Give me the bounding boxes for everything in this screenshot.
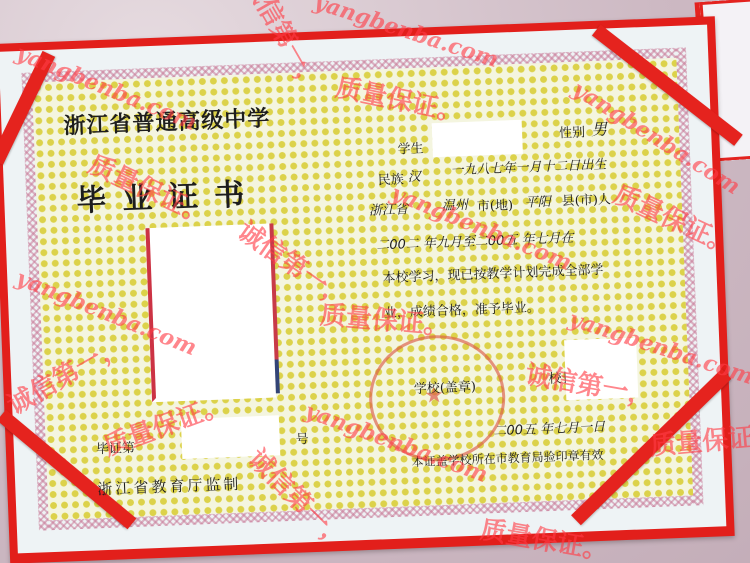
student-label: 学生 [397, 138, 424, 158]
cert-number-suffix: 号 [295, 428, 309, 447]
county-label: 县(市)人 [561, 188, 611, 209]
seal-label: 学校(盖章) [413, 376, 476, 397]
city-label: 市(地) [476, 194, 513, 214]
ethnicity-value: 汉 [407, 166, 421, 185]
gender-label: 性别 [559, 121, 586, 141]
county-value: 平阳 [524, 191, 551, 211]
